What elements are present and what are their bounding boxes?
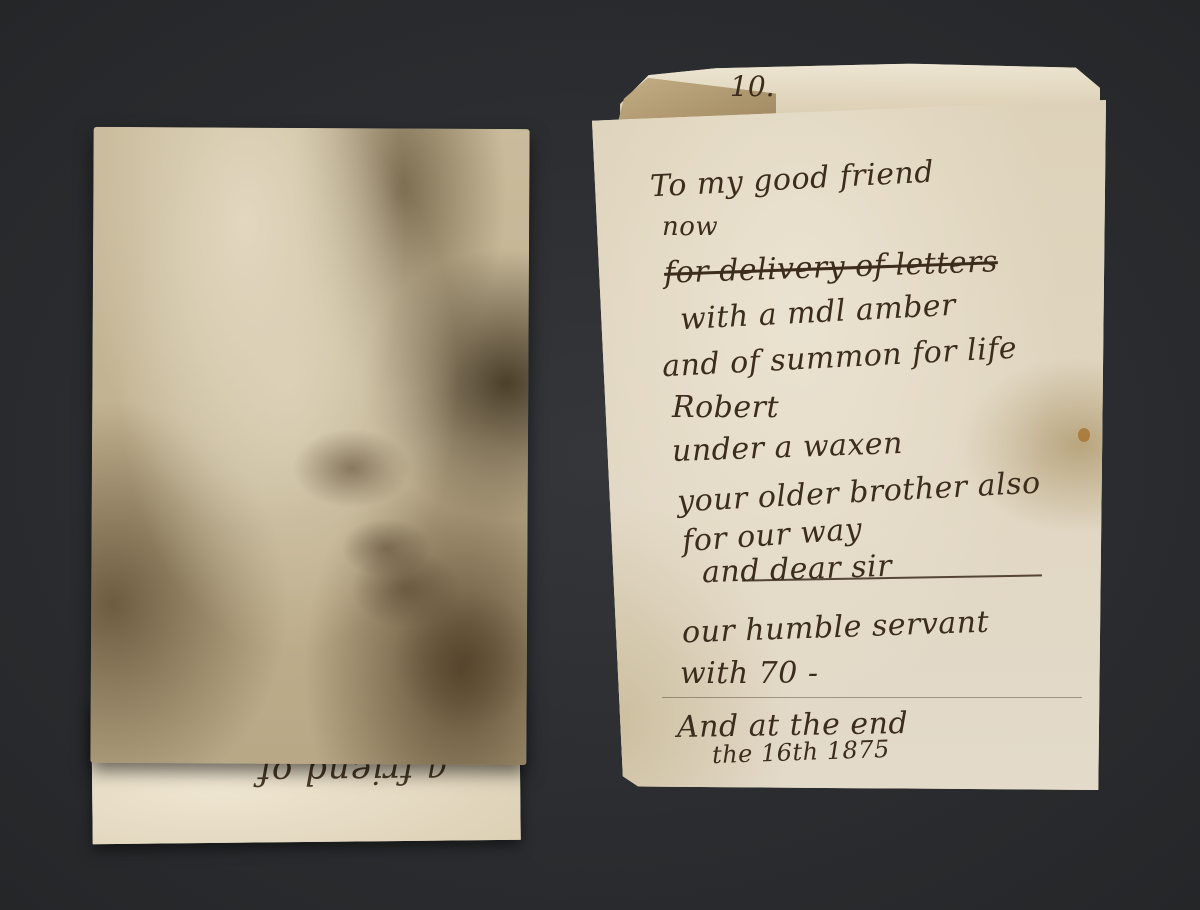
handwriting-line: the 16th 1875 xyxy=(712,735,891,769)
handwriting-line: now xyxy=(662,212,718,242)
ghost-face-shadow xyxy=(292,428,412,509)
photo-scene: a friend of 10. To my good friend now fo… xyxy=(0,0,1200,910)
handwriting-line: our humble servant xyxy=(681,605,989,651)
handwriting-line-struck: for delivery of letters xyxy=(663,244,998,291)
dark-stain xyxy=(391,588,542,729)
folio-number: 10. xyxy=(730,70,775,103)
handwriting-line: To my good friend xyxy=(649,155,935,205)
handwriting-line: and dear sir xyxy=(701,549,892,591)
ink-rule-line xyxy=(662,697,1082,698)
handwriting-line: under a waxen xyxy=(671,426,903,469)
right-fragment-handwritten-page: To my good friend now for delivery of le… xyxy=(592,100,1106,790)
handwriting-line: with 70 - xyxy=(680,656,819,691)
handwriting-line: with a mdl amber xyxy=(679,288,956,337)
handwriting-line: and of summon for life xyxy=(661,331,1018,385)
left-fragment-stained-paper xyxy=(90,127,529,765)
rust-stain xyxy=(1078,428,1090,442)
handwriting-line: Robert xyxy=(672,390,779,425)
